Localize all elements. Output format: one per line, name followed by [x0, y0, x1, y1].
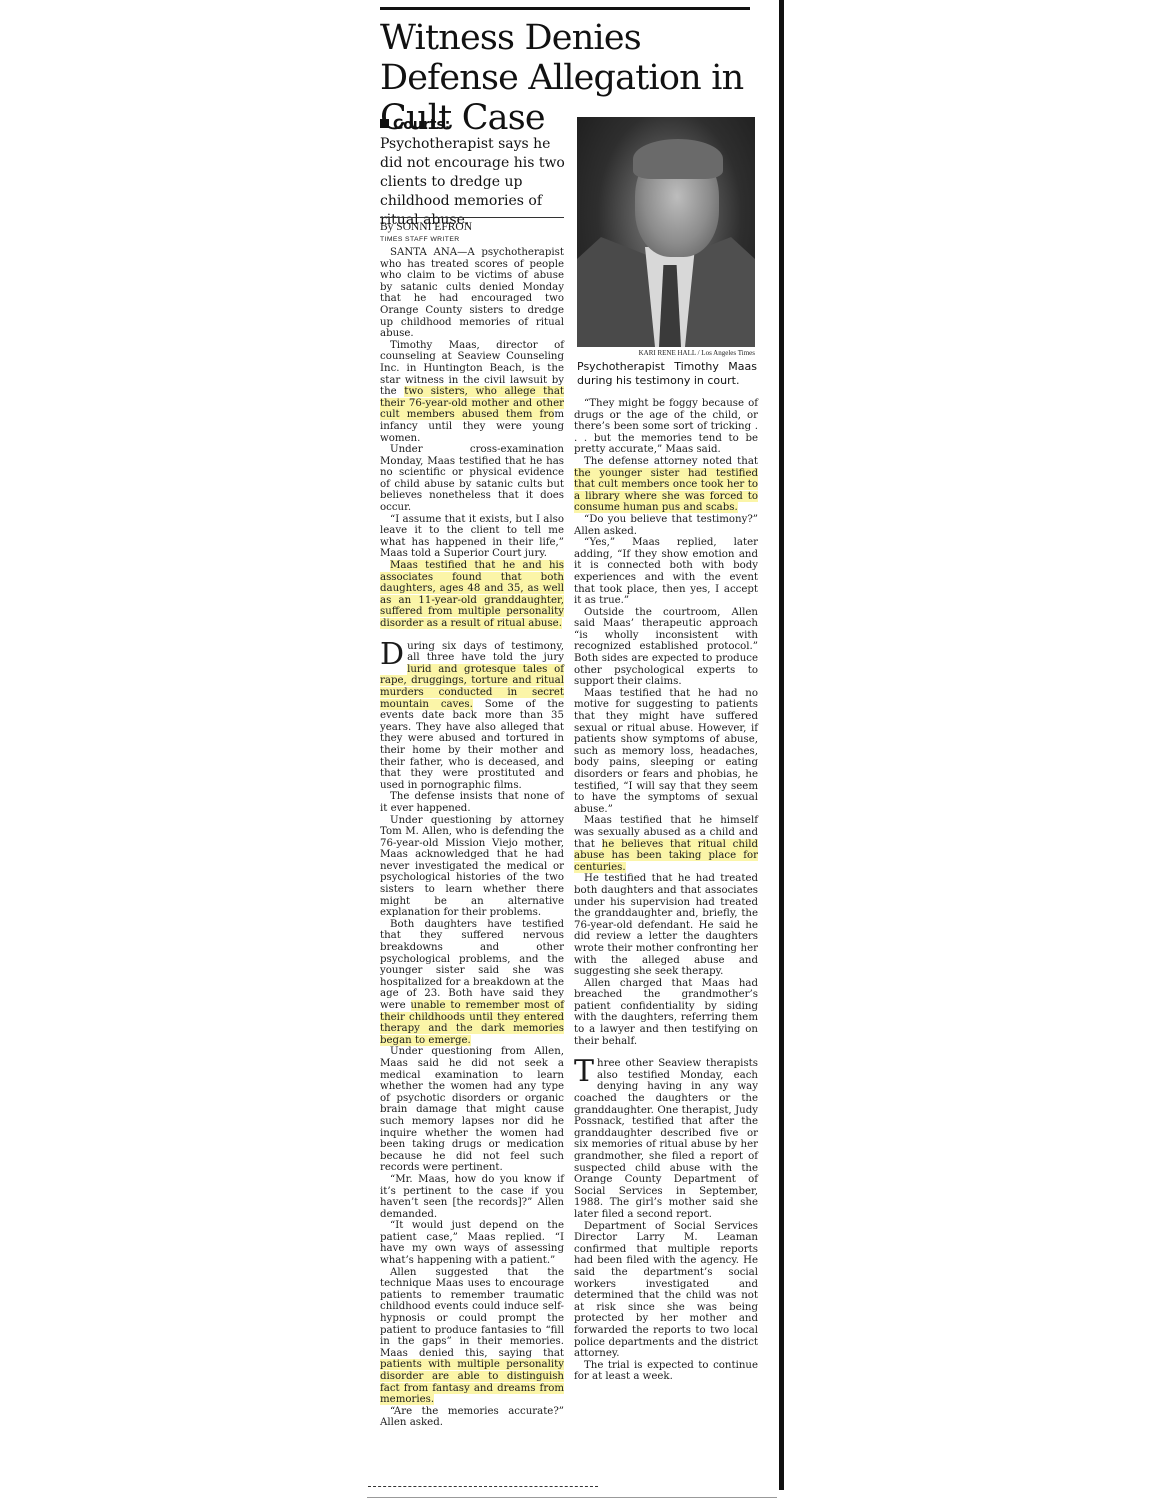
deck: Courts: Psychotherapist says he did not … — [380, 116, 565, 230]
paragraph: SANTA ANA—A psychotherapist who has trea… — [380, 247, 564, 340]
deck-kicker: Courts: — [393, 117, 450, 133]
bottom-dashed-rule — [368, 1486, 598, 1488]
section-gap — [380, 630, 564, 641]
deck-rule — [380, 217, 564, 218]
bottom-rule — [367, 1497, 777, 1498]
highlighted-text: the younger sister had testified that cu… — [574, 468, 758, 514]
paragraph: He testified that he had treated both da… — [574, 873, 758, 977]
paragraph: During six days of testimony, all three … — [380, 641, 564, 792]
paragraph: “I assume that it exists, but I also lea… — [380, 514, 564, 560]
headline-top-rule — [380, 7, 750, 10]
paragraph: The trial is expected to continue for at… — [574, 1360, 758, 1383]
paragraph: The defense attorney noted that the youn… — [574, 456, 758, 514]
paragraph: “Mr. Maas, how do you know if it’s perti… — [380, 1174, 564, 1220]
byline: By SONNI EFRON TIMES STAFF WRITER — [380, 222, 565, 245]
paragraph: “Are the memories accurate?” Allen asked… — [380, 1406, 564, 1429]
paragraph: Maas testified that he and his associate… — [380, 560, 564, 630]
photo-credit: KARI RENE HALL / Los Angeles Times — [600, 349, 755, 357]
paragraph: Timothy Maas, director of counseling at … — [380, 340, 564, 444]
byline-role: TIMES STAFF WRITER — [380, 234, 565, 245]
paragraph: Outside the courtroom, Allen said Maas’ … — [574, 607, 758, 688]
highlighted-text: he believes that ritual child abuse has … — [574, 839, 758, 873]
square-bullet-icon — [380, 119, 389, 128]
photo-timothy-maas — [577, 117, 755, 347]
highlighted-text: Maas testified that he and his associate… — [380, 560, 564, 629]
paragraph: Both daughters have testified that they … — [380, 919, 564, 1047]
paragraph: “It would just depend on the patient cas… — [380, 1220, 564, 1266]
drop-cap: T — [574, 1060, 594, 1084]
byline-name: By SONNI EFRON — [380, 221, 472, 233]
paragraph: Three other Seaview therapists also test… — [574, 1058, 758, 1220]
highlighted-text: patients with multiple personality disor… — [380, 1359, 564, 1405]
paragraph: Maas testified that he had no motive for… — [574, 688, 758, 816]
paragraph: “Yes,” Maas replied, later adding, “If t… — [574, 537, 758, 607]
page-edge-rule — [779, 0, 784, 1490]
article-column-2: “They might be foggy because of drugs or… — [574, 398, 758, 1383]
paragraph: Under cross-examination Monday, Maas tes… — [380, 444, 564, 514]
highlighted-text: two sisters, who allege that their 76-ye… — [380, 386, 564, 420]
photo-caption: Psychotherapist Timothy Maas during his … — [577, 360, 757, 388]
article-column-1: SANTA ANA—A psychotherapist who has trea… — [380, 247, 564, 1429]
paragraph: “Do you believe that testimony?” Allen a… — [574, 514, 758, 537]
paragraph: Under questioning from Allen, Maas said … — [380, 1046, 564, 1174]
paragraph: Department of Social Services Director L… — [574, 1221, 758, 1360]
paragraph: Under questioning by attorney Tom M. All… — [380, 815, 564, 919]
section-gap — [574, 1047, 758, 1058]
drop-cap: D — [380, 643, 404, 667]
deck-text: Psychotherapist says he did not encourag… — [380, 136, 565, 228]
paragraph: “They might be foggy because of drugs or… — [574, 398, 758, 456]
paragraph: Maas testified that he himself was sexua… — [574, 815, 758, 873]
paragraph: Allen suggested that the technique Maas … — [380, 1267, 564, 1406]
paragraph: Allen charged that Maas had breached the… — [574, 978, 758, 1048]
paragraph: The defense insists that none of it ever… — [380, 791, 564, 814]
